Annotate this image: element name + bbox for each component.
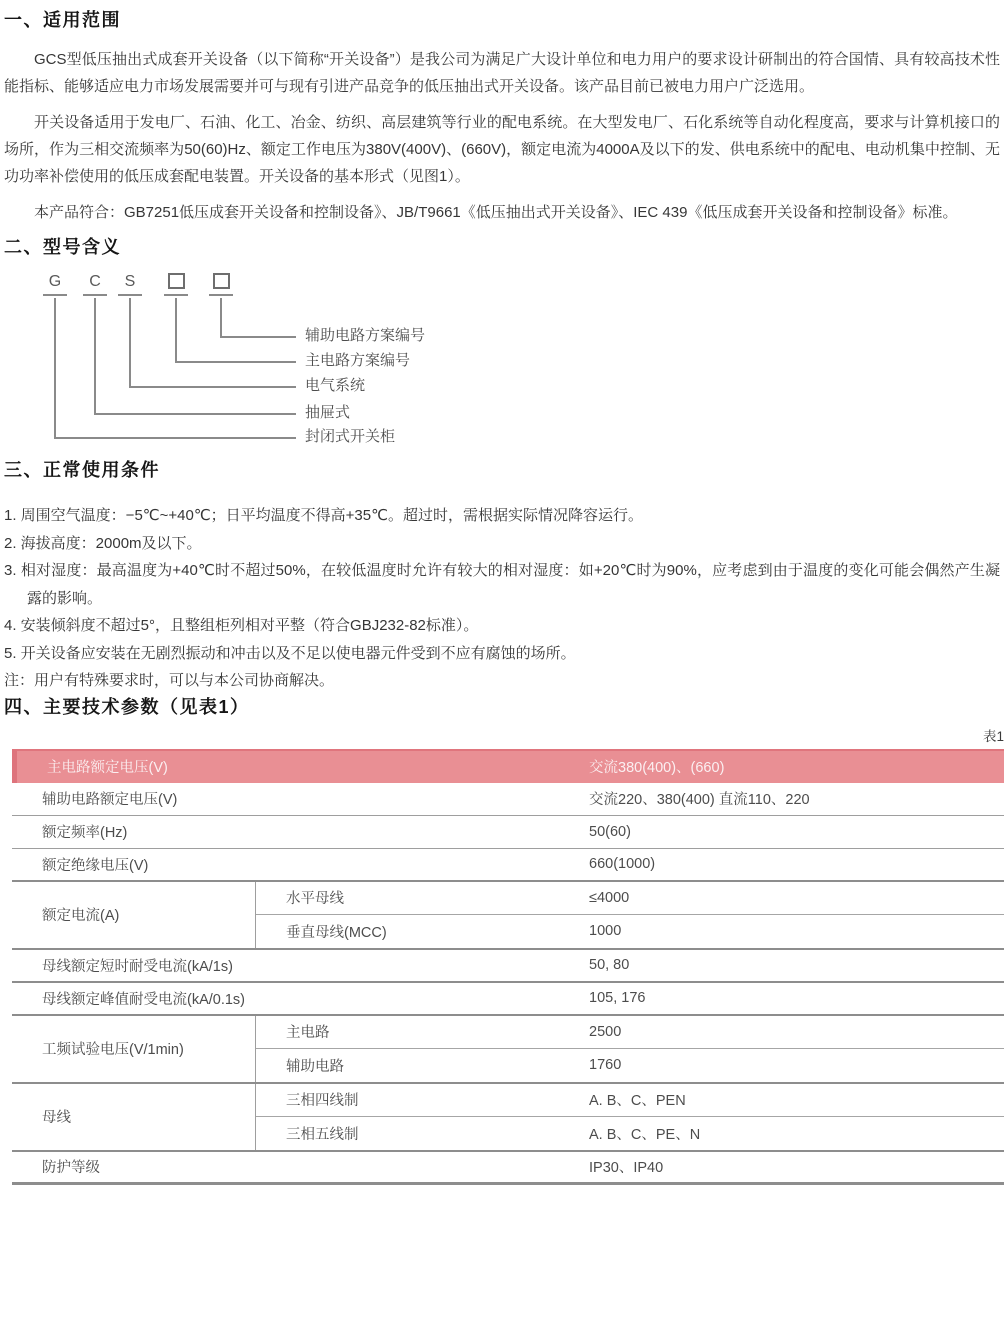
diagram-label-aux-circuit: 辅助电路方案编号	[305, 326, 425, 346]
connector-line	[129, 386, 296, 388]
table-cell-sublabel: 辅助电路	[256, 1055, 589, 1076]
table-cell-value: 2500	[589, 1024, 1004, 1040]
table-cell-value: 50(60)	[589, 824, 1004, 840]
list-item: 2. 海拔高度：2000m及以下。	[4, 530, 1000, 558]
table-subrow: 三相四线制 A. B、C、PEN	[256, 1084, 1004, 1117]
underline	[164, 294, 188, 296]
parameters-table: 主电路额定电压(V) 交流380(400)、(660) 辅助电路额定电压(V) …	[12, 749, 1004, 1185]
section2-heading: 二、型号含义	[4, 235, 1002, 259]
table-cell-value: 105, 176	[589, 990, 1004, 1006]
table-subrow: 三相五线制 A. B、C、PE、N	[256, 1117, 1004, 1150]
table-caption: 表1	[12, 725, 1006, 745]
table-row-rated-frequency: 额定频率(Hz) 50(60)	[12, 816, 1004, 849]
table-cell-sublabel: 三相五线制	[256, 1123, 589, 1144]
conditions-list: 1. 周围空气温度：−5℃~+40℃；日平均温度不得高+35℃。超过时，需根据实…	[4, 502, 1000, 695]
table-cell-value: A. B、C、PEN	[589, 1089, 1004, 1110]
connector-line	[94, 413, 296, 415]
connector-line	[220, 336, 296, 338]
connector-line	[175, 298, 177, 361]
table-subrow: 主电路 2500	[256, 1016, 1004, 1049]
table-cell-label: 额定电流(A)	[12, 882, 256, 948]
table-cell-label: 额定绝缘电压(V)	[12, 854, 589, 875]
list-item: 5. 开关设备应安装在无剧烈振动和冲击以及不足以使电器元件受到不应有腐蚀的场所。	[4, 640, 1000, 668]
code-letter-s: S	[118, 273, 142, 291]
code-column-g: G	[43, 273, 67, 296]
section4-heading: 四、主要技术参数（见表1）	[4, 695, 1002, 719]
table-cell-sublabel: 主电路	[256, 1021, 589, 1042]
table-cell-label: 母线	[12, 1084, 256, 1150]
diagram-label-main-circuit: 主电路方案编号	[305, 351, 410, 371]
connector-line	[94, 298, 96, 413]
list-item: 1. 周围空气温度：−5℃~+40℃；日平均温度不得高+35℃。超过时，需根据实…	[4, 502, 1000, 530]
document-page: 一、适用范围 GCS型低压抽出式成套开关设备（以下简称“开关设备”）是我公司为满…	[0, 0, 1008, 1337]
placeholder-box-icon	[213, 273, 230, 289]
diagram-label-enclosed-cabinet: 封闭式开关柜	[305, 427, 395, 447]
table-cell-label: 主电路额定电压(V)	[17, 756, 589, 777]
code-column-box2	[209, 273, 233, 296]
table-cell-label: 防护等级	[12, 1156, 589, 1177]
table-group-body: 主电路 2500 辅助电路 1760	[256, 1016, 1004, 1082]
table-cell-value: 1760	[589, 1057, 1004, 1073]
diagram-label-drawer-type: 抽屉式	[305, 403, 350, 423]
table-group-body: 三相四线制 A. B、C、PEN 三相五线制 A. B、C、PE、N	[256, 1084, 1004, 1150]
list-item: 4. 安装倾斜度不超过5°，且整组柜列相对平整（符合GBJ232-82标准）。	[4, 612, 1000, 640]
table-cell-sublabel: 垂直母线(MCC)	[256, 921, 589, 942]
table-cell-label: 母线额定峰值耐受电流(kA/0.1s)	[12, 988, 589, 1009]
placeholder-box-icon	[168, 273, 185, 289]
table-group-body: 水平母线 ≤4000 垂直母线(MCC) 1000	[256, 882, 1004, 948]
section1-heading: 一、适用范围	[4, 8, 1002, 32]
table-row-short-time-current: 母线额定短时耐受电流(kA/1s) 50, 80	[12, 950, 1004, 983]
table-cell-label: 额定频率(Hz)	[12, 821, 589, 842]
table-row-insulation-voltage: 额定绝缘电压(V) 660(1000)	[12, 849, 1004, 882]
paragraph-3: 本产品符合：GB7251低压成套开关设备和控制设备》、JB/T9661《低压抽出…	[4, 199, 1000, 226]
document-content: 一、适用范围 GCS型低压抽出式成套开关设备（以下简称“开关设备”）是我公司为满…	[4, 8, 1002, 1185]
table-group-test-voltage: 工频试验电压(V/1min) 主电路 2500 辅助电路 1760	[12, 1016, 1004, 1084]
code-column-c: C	[83, 273, 107, 296]
table-cell-label: 母线额定短时耐受电流(kA/1s)	[12, 955, 589, 976]
table-cell-label: 辅助电路额定电压(V)	[12, 788, 589, 809]
table-group-rated-current: 额定电流(A) 水平母线 ≤4000 垂直母线(MCC) 1000	[12, 882, 1004, 950]
connector-line	[54, 298, 56, 437]
table-group-busbar: 母线 三相四线制 A. B、C、PEN 三相五线制 A. B、C、PE、N	[12, 1084, 1004, 1152]
model-code-diagram: G C S	[4, 273, 1000, 458]
connector-line	[220, 298, 222, 336]
list-item-note: 注：用户有特殊要求时，可以与本公司协商解决。	[4, 667, 1000, 695]
paragraph-1: GCS型低压抽出式成套开关设备（以下简称“开关设备”）是我公司为满足广大设计单位…	[4, 46, 1000, 100]
section3-heading: 三、正常使用条件	[4, 458, 1002, 482]
table-cell-value: 660(1000)	[589, 856, 1004, 872]
table-subrow: 辅助电路 1760	[256, 1049, 1004, 1082]
connector-line	[175, 361, 296, 363]
table-row-protection-degree: 防护等级 IP30、IP40	[12, 1152, 1004, 1185]
table-row-main-voltage: 主电路额定电压(V) 交流380(400)、(660)	[12, 749, 1004, 783]
table-cell-sublabel: 三相四线制	[256, 1089, 589, 1110]
connector-line	[54, 437, 296, 439]
underline	[83, 294, 107, 296]
table-cell-sublabel: 水平母线	[256, 887, 589, 908]
table-subrow: 垂直母线(MCC) 1000	[256, 915, 1004, 948]
table-cell-value: 1000	[589, 923, 1004, 939]
table-cell-label: 工频试验电压(V/1min)	[12, 1016, 256, 1082]
table-cell-value: 交流220、380(400) 直流110、220	[589, 788, 1004, 809]
diagram-label-electrical-system: 电气系统	[305, 376, 365, 396]
code-column-box1	[164, 273, 188, 296]
section1-body: GCS型低压抽出式成套开关设备（以下简称“开关设备”）是我公司为满足广大设计单位…	[4, 46, 1002, 226]
code-column-s: S	[118, 273, 142, 296]
table-row-peak-current: 母线额定峰值耐受电流(kA/0.1s) 105, 176	[12, 983, 1004, 1016]
table-cell-value: A. B、C、PE、N	[589, 1123, 1004, 1144]
table-cell-value: ≤4000	[589, 890, 1004, 906]
code-letter-c: C	[83, 273, 107, 291]
table-cell-value: 交流380(400)、(660)	[589, 756, 1004, 777]
connector-line	[129, 298, 131, 386]
list-item: 3. 相对湿度：最高温度为+40℃时不超过50%，在较低温度时允许有较大的相对湿…	[4, 557, 1000, 612]
table-subrow: 水平母线 ≤4000	[256, 882, 1004, 915]
underline	[118, 294, 142, 296]
underline	[43, 294, 67, 296]
underline	[209, 294, 233, 296]
paragraph-2: 开关设备适用于发电厂、石油、化工、冶金、纺织、高层建筑等行业的配电系统。在大型发…	[4, 109, 1000, 190]
code-letter-g: G	[43, 273, 67, 291]
table-cell-value: IP30、IP40	[589, 1156, 1004, 1177]
table-cell-value: 50, 80	[589, 957, 1004, 973]
table-row-aux-voltage: 辅助电路额定电压(V) 交流220、380(400) 直流110、220	[12, 783, 1004, 816]
